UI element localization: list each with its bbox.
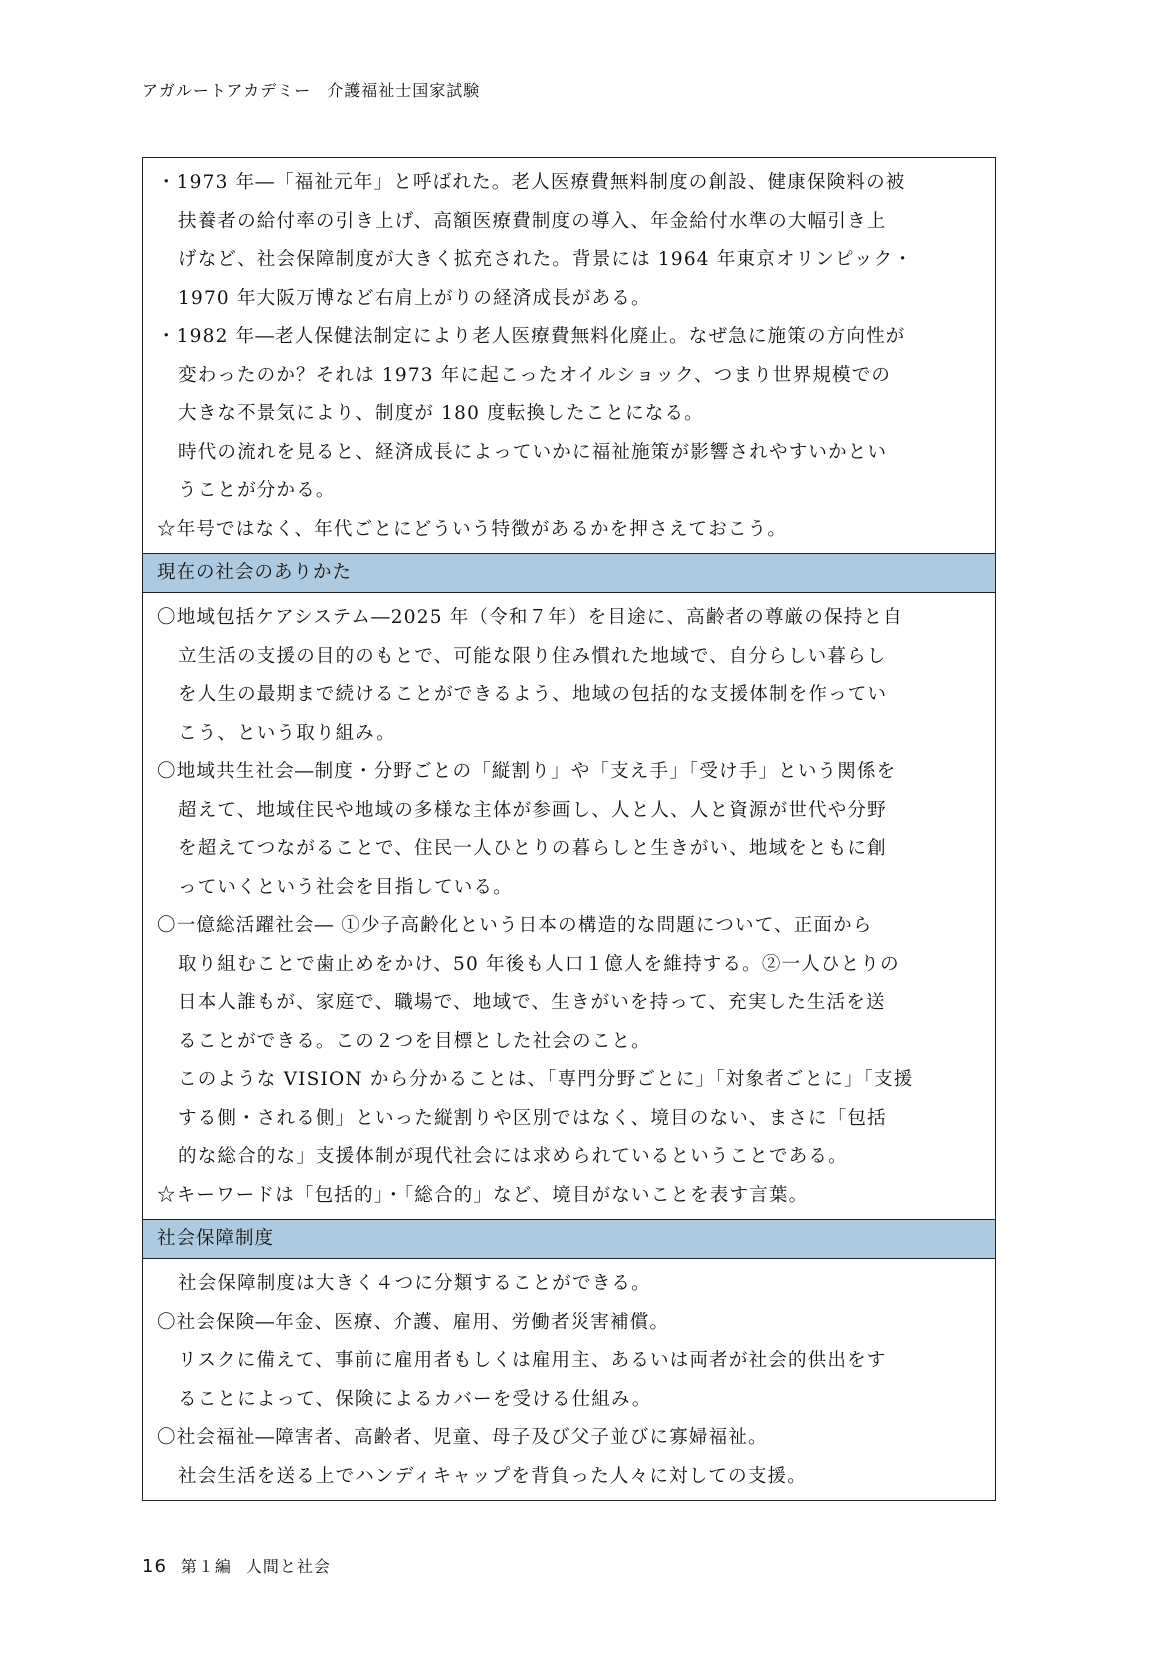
text-line: 大きな不景気により、制度が 180 度転換したことになる。 bbox=[157, 395, 981, 434]
section-header-social-security: 社会保障制度 bbox=[143, 1219, 995, 1259]
text-line: 1970 年大阪万博など右肩上がりの経済成長がある。 bbox=[157, 280, 981, 319]
text-line: 超えて、地域住民や地域の多様な主体が参画し、人と人、人と資源が世代や分野 bbox=[157, 792, 981, 831]
text-line: ・1982 年―老人保健法制定により老人医療費無料化廃止。なぜ急に施策の方向性が bbox=[157, 318, 981, 357]
text-line: 時代の流れを見ると、経済成長によっていかに福祉施策が影響されやすいかとい bbox=[157, 434, 981, 473]
text-line: 取り組むことで歯止めをかけ、50 年後も人口１億人を維持する。②一人ひとりの bbox=[157, 946, 981, 985]
text-line: ることによって、保険によるカバーを受ける仕組み。 bbox=[157, 1381, 981, 1420]
text-line: 〇一億総活躍社会― ①少子高齢化という日本の構造的な問題について、正面から bbox=[157, 907, 981, 946]
running-head: アガルートアカデミー介護福祉士国家試験 bbox=[142, 78, 480, 101]
text-line: 変わったのか？それは 1973 年に起こったオイルショック、つまり世界規模での bbox=[157, 357, 981, 396]
text-line: 〇社会保険―年金、医療、介護、雇用、労働者災害補償。 bbox=[157, 1304, 981, 1343]
text-line: 的な総合的な」支援体制が現代社会には求められているということである。 bbox=[157, 1138, 981, 1177]
text-line: っていくという社会を目指している。 bbox=[157, 869, 981, 908]
section-social-security: 社会保障制度は大きく４つに分類することができる。 〇社会保険―年金、医療、介護、… bbox=[143, 1259, 995, 1500]
page-number: 16 bbox=[142, 1556, 167, 1577]
text-line: 日本人誰もが、家庭で、職場で、地域で、生きがいを持って、充実した生活を送 bbox=[157, 984, 981, 1023]
text-line: ・1973 年―「福祉元年」と呼ばれた。老人医療費無料制度の創設、健康保険料の被 bbox=[157, 164, 981, 203]
text-line: 〇地域共生社会―制度・分野ごとの「縦割り」や「支え手」「受け手」という関係を bbox=[157, 753, 981, 792]
part-label: 第１編 bbox=[181, 1557, 232, 1576]
section-current-society: 〇地域包括ケアシステム―2025 年（令和７年）を目途に、高齢者の尊厳の保持と自… bbox=[143, 593, 995, 1219]
text-line: 社会保障制度は大きく４つに分類することができる。 bbox=[157, 1265, 981, 1304]
text-line: げなど、社会保障制度が大きく拡充された。背景には 1964 年東京オリンピック・ bbox=[157, 241, 981, 280]
text-line: うことが分かる。 bbox=[157, 472, 981, 511]
text-line: 社会生活を送る上でハンディキャップを背負った人々に対しての支援。 bbox=[157, 1458, 981, 1497]
text-line: 立生活の支援の目的のもとで、可能な限り住み慣れた地域で、自分らしい暮らし bbox=[157, 638, 981, 677]
content-box: ・1973 年―「福祉元年」と呼ばれた。老人医療費無料制度の創設、健康保険料の被… bbox=[142, 157, 996, 1501]
text-line: 扶養者の給付率の引き上げ、高額医療費制度の導入、年金給付水準の大幅引き上 bbox=[157, 203, 981, 242]
text-line: 〇社会福祉―障害者、高齢者、児童、母子及び父子並びに寡婦福祉。 bbox=[157, 1419, 981, 1458]
key-point-line: ☆キーワードは「包括的」・「総合的」など、境目がないことを表す言葉。 bbox=[157, 1177, 981, 1216]
part-title: 人間と社会 bbox=[246, 1557, 331, 1576]
text-line: ることができる。この２つを目標とした社会のこと。 bbox=[157, 1023, 981, 1062]
section-header-current-society: 現在の社会のありかた bbox=[143, 553, 995, 593]
text-line: を人生の最期まで続けることができるよう、地域の包括的な支援体制を作ってい bbox=[157, 676, 981, 715]
page-footer: 16第１編人間と社会 bbox=[142, 1554, 331, 1577]
text-line: リスクに備えて、事前に雇用者もしくは雇用主、あるいは両者が社会的供出をす bbox=[157, 1342, 981, 1381]
key-point-line: ☆年号ではなく、年代ごとにどういう特徴があるかを押さえておこう。 bbox=[157, 511, 981, 550]
text-line: する側・される側」といった縦割りや区別ではなく、境目のない、まさに「包括 bbox=[157, 1100, 981, 1139]
book-title: 介護福祉士国家試験 bbox=[327, 81, 480, 100]
text-line: 〇地域包括ケアシステム―2025 年（令和７年）を目途に、高齢者の尊厳の保持と自 bbox=[157, 599, 981, 638]
text-line: を超えてつながることで、住民一人ひとりの暮らしと生きがい、地域をともに創 bbox=[157, 830, 981, 869]
text-line: こう、という取り組み。 bbox=[157, 715, 981, 754]
publisher-name: アガルートアカデミー bbox=[142, 81, 311, 100]
section-history: ・1973 年―「福祉元年」と呼ばれた。老人医療費無料制度の創設、健康保険料の被… bbox=[143, 158, 995, 553]
text-line: このような VISION から分かることは、「専門分野ごとに」「対象者ごとに」「… bbox=[157, 1061, 981, 1100]
